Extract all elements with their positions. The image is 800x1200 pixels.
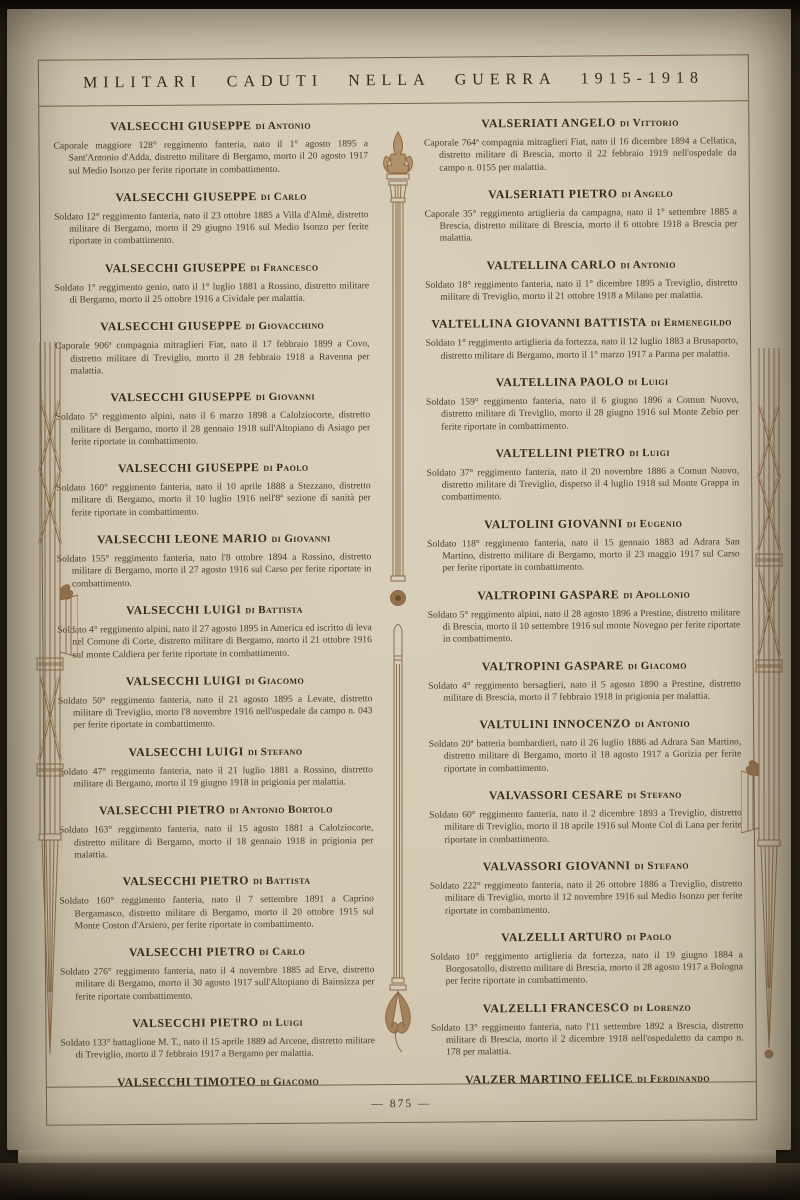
entry-body: Soldato 155° reggimento fanteria, nato l… bbox=[57, 551, 372, 590]
entry-heading: VALTELLINI PIETRO di Luigi bbox=[426, 442, 739, 462]
entry-heading: VALSECCHI PIETRO di Antonio Bortolo bbox=[59, 800, 374, 820]
page-number: — 875 — bbox=[371, 1097, 431, 1109]
entry-name: VALSECCHI PIETRO bbox=[132, 1015, 259, 1030]
casualty-entry: VALTROPINI GASPARE di Apollonio Soldato … bbox=[427, 584, 740, 646]
entry-patronymic: di Lorenzo bbox=[633, 1001, 691, 1013]
entry-body: Soldato 47° reggimento fanteria, nato il… bbox=[58, 764, 373, 791]
casualty-entry: VALTELLINA PAOLO di Luigi Soldato 159° r… bbox=[426, 371, 739, 433]
entry-heading: VALSECCHI GIUSEPPE di Francesco bbox=[54, 257, 369, 277]
entry-body: Soldato 222° reggimento fanteria, nato i… bbox=[430, 878, 743, 917]
casualty-entry: VALSECCHI LUIGI di Battista Soldato 4° r… bbox=[57, 599, 372, 661]
entry-body: Soldato 1° reggimento artiglieria da for… bbox=[426, 336, 739, 363]
entry-patronymic: di Carlo bbox=[259, 946, 305, 958]
entry-name: VALTROPINI GASPARE bbox=[482, 658, 624, 673]
casualty-entry: VALSECCHI GIUSEPPE di Francesco Soldato … bbox=[54, 257, 369, 307]
entry-body: Soldato 276° reggimento fanteria, nato i… bbox=[60, 964, 375, 1003]
page-frame: MILITARI CADUTI NELLA GUERRA 1915-1918 V… bbox=[38, 54, 757, 1126]
column-right: VALSERIATI ANGELO di Vittorio Caporale 7… bbox=[394, 101, 756, 1084]
casualty-entry: VALSECCHI PIETRO di Battista Soldato 160… bbox=[59, 870, 374, 932]
casualty-entry: VALSECCHI GIUSEPPE di Antonio Caporale m… bbox=[53, 115, 368, 177]
entry-body: Soldato 37° reggimento fanteria, nato il… bbox=[427, 465, 740, 504]
entry-name: VALSECCHI LEONE MARIO bbox=[97, 531, 267, 546]
casualty-entry: VALTELLINA CARLO di Antonio Soldato 18° … bbox=[425, 254, 738, 304]
entry-body: Caporale 906ª compagnia mitraglieri Fiat… bbox=[55, 339, 370, 378]
entry-patronymic: di Battista bbox=[253, 875, 310, 887]
entry-patronymic: di Francesco bbox=[250, 261, 318, 274]
entry-heading: VALTELLINA GIOVANNI BATTISTA di Ermenegi… bbox=[425, 313, 738, 333]
casualty-entry: VALTULINI INNOCENZO di Antonio Soldato 2… bbox=[428, 713, 741, 775]
entry-body: Soldato 160° reggimento fanteria, nato i… bbox=[59, 893, 374, 932]
casualty-entry: VALTELLINI PIETRO di Luigi Soldato 37° r… bbox=[426, 442, 739, 504]
entry-body: Caporale 35° reggimento artiglieria da c… bbox=[425, 206, 738, 245]
entry-name: VALTELLINA CARLO bbox=[487, 257, 617, 272]
entry-heading: VALZELLI FRANCESCO di Lorenzo bbox=[431, 997, 744, 1017]
casualty-entry: VALTROPINI GASPARE di Giacomo Soldato 4°… bbox=[428, 655, 741, 705]
entry-patronymic: di Antonio bbox=[256, 120, 311, 132]
entry-heading: VALTOLINI GIOVANNI di Eugenio bbox=[427, 513, 740, 533]
casualty-entry: VALSECCHI GIUSEPPE di Giovacchino Capora… bbox=[55, 316, 370, 378]
entry-heading: VALVASSORI GIOVANNI di Stefano bbox=[430, 855, 743, 875]
entry-patronymic: di Eugenio bbox=[627, 518, 683, 530]
entry-heading: VALSECCHI PIETRO di Carlo bbox=[60, 941, 375, 961]
entry-patronymic: di Stefano bbox=[634, 860, 689, 872]
entry-patronymic: di Antonio bbox=[635, 718, 690, 730]
entry-body: Caporale maggiore 128° reggimento fanter… bbox=[53, 138, 368, 177]
casualty-entry: VALSECCHI GIUSEPPE di Paolo Soldato 160°… bbox=[56, 457, 371, 519]
entry-body: Soldato 4° reggimento alpini, nato il 27… bbox=[57, 622, 372, 661]
entry-heading: VALSECCHI LUIGI di Stefano bbox=[58, 741, 373, 761]
entry-name: VALTELLINI PIETRO bbox=[495, 445, 625, 460]
entry-name: VALSECCHI PIETRO bbox=[129, 944, 256, 959]
entry-name: VALSECCHI GIUSEPPE bbox=[115, 189, 256, 204]
entry-name: VALSERIATI ANGELO bbox=[481, 115, 616, 130]
page-stack-edge bbox=[18, 1150, 776, 1163]
footer-band: — 875 — bbox=[47, 1081, 756, 1125]
casualty-entry: VALVASSORI CESARE di Stefano Soldato 60°… bbox=[429, 784, 742, 846]
entry-body: Soldato 18° reggimento fanteria, nato il… bbox=[425, 277, 738, 304]
casualty-entry: VALSECCHI LUIGI di Giacomo Soldato 50° r… bbox=[58, 670, 373, 732]
entry-name: VALVASSORI CESARE bbox=[489, 787, 623, 802]
entry-name: VALVASSORI GIOVANNI bbox=[483, 858, 631, 873]
entry-name: VALSECCHI GIUSEPPE bbox=[118, 460, 259, 475]
entry-name: VALSECCHI PIETRO bbox=[123, 873, 250, 888]
entry-heading: VALSECCHI LUIGI di Battista bbox=[57, 599, 372, 619]
entry-name: VALZELLI FRANCESCO bbox=[483, 1000, 630, 1015]
entry-heading: VALSECCHI GIUSEPPE di Carlo bbox=[54, 186, 369, 206]
entry-patronymic: di Stefano bbox=[248, 745, 303, 757]
entry-heading: VALTELLINA PAOLO di Luigi bbox=[426, 371, 739, 391]
entry-patronymic: di Antonio Bortolo bbox=[229, 804, 332, 817]
entry-name: VALSERIATI PIETRO bbox=[488, 186, 618, 201]
entry-name: VALZELLI ARTURO bbox=[501, 929, 623, 944]
entry-patronymic: di Giovanni bbox=[271, 533, 330, 545]
casualty-entry: VALSECCHI PIETRO di Luigi Soldato 133° b… bbox=[60, 1012, 375, 1062]
casualty-entry: VALZELLI FRANCESCO di Lorenzo Soldato 13… bbox=[431, 997, 744, 1059]
entry-heading: VALZELLI ARTURO di Paolo bbox=[430, 926, 743, 946]
entry-name: VALTROPINI GASPARE bbox=[477, 587, 619, 602]
entry-name: VALSECCHI GIUSEPPE bbox=[105, 260, 246, 275]
entry-heading: VALSECCHI PIETRO di Battista bbox=[59, 870, 374, 890]
entry-body: Soldato 10° reggimento artiglieria da fo… bbox=[430, 949, 743, 988]
entry-patronymic: di Vittorio bbox=[620, 117, 679, 129]
casualty-entry: VALVASSORI GIOVANNI di Stefano Soldato 2… bbox=[430, 855, 743, 917]
entry-heading: VALSECCHI PIETRO di Luigi bbox=[60, 1012, 375, 1032]
entry-name: VALSECCHI LUIGI bbox=[129, 744, 244, 759]
entry-heading: VALSERIATI ANGELO di Vittorio bbox=[424, 112, 737, 132]
casualty-entry: VALSERIATI PIETRO di Angelo Caporale 35°… bbox=[424, 183, 737, 245]
title-band: MILITARI CADUTI NELLA GUERRA 1915-1918 bbox=[39, 55, 748, 107]
entry-name: VALSECCHI GIUSEPPE bbox=[110, 389, 251, 404]
casualty-entry: VALSECCHI GIUSEPPE di Giovanni Soldato 5… bbox=[55, 386, 370, 448]
casualty-entry: VALSECCHI GIUSEPPE di Carlo Soldato 12° … bbox=[54, 186, 369, 248]
entry-heading: VALSECCHI LUIGI di Giacomo bbox=[58, 670, 373, 690]
entry-heading: VALTROPINI GASPARE di Apollonio bbox=[427, 584, 740, 604]
entry-body: Soldato 5° reggimento alpini, nato il 28… bbox=[428, 607, 741, 646]
entry-name: VALTELLINA PAOLO bbox=[496, 374, 624, 389]
entry-body: Soldato 20ª batteria bombardieri, nato i… bbox=[429, 736, 742, 775]
entry-patronymic: di Battista bbox=[245, 604, 302, 616]
entry-name: VALSECCHI GIUSEPPE bbox=[100, 319, 241, 334]
entry-heading: VALSECCHI GIUSEPPE di Giovanni bbox=[55, 386, 370, 406]
entry-body: Soldato 1° reggimento genio, nato il 1° … bbox=[55, 280, 370, 307]
entry-patronymic: di Antonio bbox=[620, 259, 675, 271]
page-content: VALSECCHI GIUSEPPE di Antonio Caporale m… bbox=[39, 101, 756, 1087]
page-title: MILITARI CADUTI NELLA GUERRA 1915-1918 bbox=[83, 69, 704, 92]
entry-heading: VALTROPINI GASPARE di Giacomo bbox=[428, 655, 741, 675]
entry-patronymic: di Apollonio bbox=[623, 588, 690, 601]
photo-bottom-shadow bbox=[0, 1163, 800, 1200]
entry-body: Caporale 764ª compagnia mitraglieri Fiat… bbox=[424, 135, 737, 174]
entry-patronymic: di Angelo bbox=[622, 188, 674, 200]
entry-body: Soldato 13° reggimento fanteria, nato l'… bbox=[431, 1020, 744, 1059]
entry-patronymic: di Giovacchino bbox=[246, 320, 325, 333]
entry-patronymic: di Carlo bbox=[261, 191, 307, 203]
entry-patronymic: di Luigi bbox=[628, 376, 668, 388]
entry-body: Soldato 163° reggimento fanteria, nato i… bbox=[59, 823, 374, 862]
entry-patronymic: di Giacomo bbox=[628, 659, 687, 671]
entry-body: Soldato 159° reggimento fanteria, nato i… bbox=[426, 394, 739, 433]
entry-name: VALSECCHI LUIGI bbox=[126, 673, 241, 688]
casualty-entry: VALTOLINI GIOVANNI di Eugenio Soldato 11… bbox=[427, 513, 740, 575]
entry-body: Soldato 160° reggimento fanteria, nato i… bbox=[56, 480, 371, 519]
casualty-entry: VALZELLI ARTURO di Paolo Soldato 10° reg… bbox=[430, 926, 743, 988]
entry-body: Soldato 133° battaglione M. T., nato il … bbox=[61, 1035, 376, 1062]
entry-patronymic: di Giovanni bbox=[256, 391, 315, 403]
entry-name: VALTOLINI GIOVANNI bbox=[484, 516, 623, 531]
casualty-entry: VALSECCHI LEONE MARIO di Giovanni Soldat… bbox=[57, 528, 372, 590]
entry-patronymic: di Luigi bbox=[629, 447, 669, 459]
entry-name: VALTELLINA GIOVANNI BATTISTA bbox=[431, 315, 647, 331]
entry-heading: VALSECCHI GIUSEPPE di Paolo bbox=[56, 457, 371, 477]
casualty-entry: VALSERIATI ANGELO di Vittorio Caporale 7… bbox=[424, 112, 737, 174]
entry-body: Soldato 60° reggimento fanteria, nato il… bbox=[429, 807, 742, 846]
casualty-entry: VALSECCHI PIETRO di Antonio Bortolo Sold… bbox=[59, 800, 374, 862]
entry-name: VALSECCHI LUIGI bbox=[126, 602, 241, 617]
entry-heading: VALSERIATI PIETRO di Angelo bbox=[424, 183, 737, 203]
entry-heading: VALTULINI INNOCENZO di Antonio bbox=[428, 713, 741, 733]
entry-name: VALTULINI INNOCENZO bbox=[479, 716, 630, 731]
entry-body: Soldato 118° reggimento fanteria, nato i… bbox=[427, 536, 740, 575]
entry-patronymic: di Luigi bbox=[263, 1017, 303, 1029]
casualty-entry: VALTELLINA GIOVANNI BATTISTA di Ermenegi… bbox=[425, 313, 738, 363]
entry-patronymic: di Giacomo bbox=[245, 675, 304, 687]
column-left: VALSECCHI GIUSEPPE di Antonio Caporale m… bbox=[39, 104, 401, 1087]
entry-body: Soldato 5° reggimento alpini, nato il 6 … bbox=[56, 409, 371, 448]
entry-patronymic: di Paolo bbox=[627, 931, 672, 943]
entry-patronymic: di Ermenegildo bbox=[651, 317, 732, 330]
entry-name: VALSECCHI PIETRO bbox=[99, 803, 226, 818]
entry-body: Soldato 50° reggimento fanteria, nato il… bbox=[58, 693, 373, 732]
entry-patronymic: di Stefano bbox=[627, 789, 682, 801]
entry-heading: VALTELLINA CARLO di Antonio bbox=[425, 254, 738, 274]
casualty-entry: VALSECCHI LUIGI di Stefano Soldato 47° r… bbox=[58, 741, 373, 791]
entry-heading: VALSECCHI LEONE MARIO di Giovanni bbox=[57, 528, 372, 548]
entry-body: Soldato 12° reggimento fanteria, nato il… bbox=[54, 209, 369, 248]
casualty-entry: VALSECCHI PIETRO di Carlo Soldato 276° r… bbox=[60, 941, 375, 1003]
entry-name: VALSECCHI GIUSEPPE bbox=[110, 118, 251, 133]
entry-heading: VALSECCHI GIUSEPPE di Giovacchino bbox=[55, 316, 370, 336]
entry-heading: VALSECCHI GIUSEPPE di Antonio bbox=[53, 115, 368, 135]
photo-background: MILITARI CADUTI NELLA GUERRA 1915-1918 V… bbox=[0, 0, 800, 1200]
entry-body: Soldato 4° reggimento bersaglieri, nato … bbox=[428, 678, 741, 705]
entry-heading: VALVASSORI CESARE di Stefano bbox=[429, 784, 742, 804]
entry-patronymic: di Paolo bbox=[263, 462, 308, 474]
